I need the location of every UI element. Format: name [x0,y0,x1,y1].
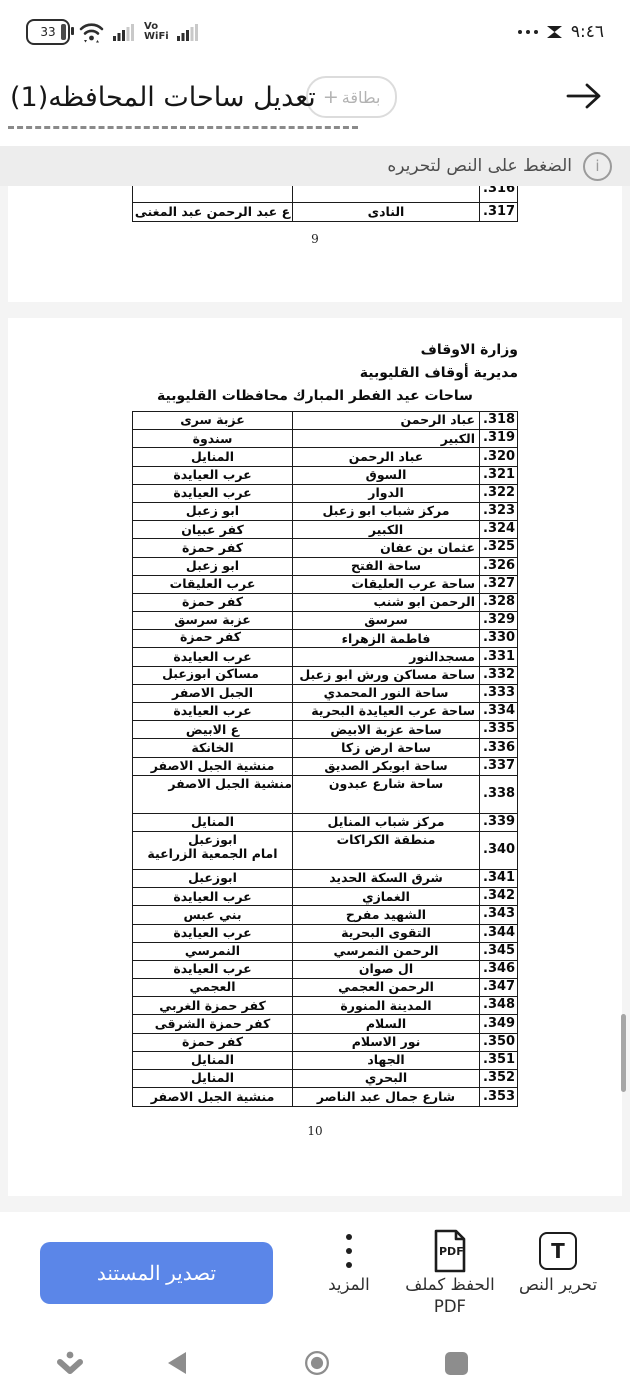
square-name-cell[interactable]: الكبير [292,521,479,538]
row-number-cell[interactable]: .347 [479,979,517,996]
row-number-cell[interactable]: .352 [479,1070,517,1087]
svg-text:PDF: PDF [439,1245,464,1258]
location-cell[interactable]: كفر حمزة [133,630,292,647]
table-row[interactable]: .323مركز شباب ابو زعبلابو زعبل [133,503,517,521]
page-number[interactable]: 10 [8,1124,622,1138]
title-dashed-underline [8,126,358,129]
square-name-cell[interactable]: ساحة النور المحمدي [292,685,479,702]
table-row[interactable]: .351الجهادالمنايل [133,1052,517,1070]
ellipsis-icon [518,30,538,34]
more-button[interactable]: المزيد [309,1228,389,1296]
table-row[interactable]: .339مركز شباب المنايلالمنايل [133,814,517,832]
table-row[interactable]: .335ساحة عزبة الابيضع الابيض [133,721,517,739]
row-number-cell[interactable]: .335 [479,721,517,738]
table-row[interactable]: .320عباد الرحمنالمنايل [133,448,517,466]
info-icon: i [583,152,612,181]
row-number-cell[interactable]: .322 [479,485,517,502]
location-cell[interactable]: الجبل الاصفر [133,685,292,702]
square-name-cell[interactable]: عباد الرحمن [292,412,479,429]
location-cell[interactable]: عزبة سرى [133,412,292,429]
location-cell[interactable]: عرب العيايدة [133,961,292,978]
hide-nav-icon[interactable] [57,1348,83,1378]
table-row[interactable]: .330فاطمة الزهراءكفر حمزة [133,630,517,648]
location-cell[interactable]: عرب العيايدة [133,467,292,484]
square-name-cell[interactable]: الرحمن النمرسي [292,943,479,960]
table-row[interactable]: .347الرحمن العجميالعجمي [133,979,517,997]
battery-icon: 33 [26,19,70,45]
row-number-cell[interactable]: .330 [479,630,517,647]
square-name-cell[interactable]: نور الاسلام [292,1034,479,1051]
squares-table-page9[interactable]: .316.317النادىع عبد الرحمن عبد المغنى [132,186,518,222]
row-number-cell[interactable]: .326 [479,558,517,575]
android-nav-bar [0,1332,630,1400]
square-name-cell[interactable]: الكبير [292,430,479,447]
more-label: المزيد [328,1274,370,1296]
row-number-cell[interactable]: .345 [479,943,517,960]
directorate-heading[interactable]: مديرية أوقاف القليوبية [360,365,518,381]
clock-time: ٩:٤٦ [571,22,604,42]
row-number-cell[interactable]: .328 [479,594,517,611]
table-row[interactable]: .325عثمان بن عفانكفر حمزة [133,539,517,557]
add-card-chip[interactable]: + بطاقة [306,76,398,118]
row-number-cell[interactable]: .340 [479,832,517,869]
table-row[interactable]: .337ساحة ابوبكر الصديقمنشية الجبل الاصفر [133,758,517,776]
table-row[interactable]: .329سرسقعزبة سرسق [133,612,517,630]
square-name-cell[interactable]: مسجدالنور [292,648,479,665]
info-text: الضغط على النص لتحريره [387,156,572,176]
table-row[interactable]: .324الكبيركفر عبيان [133,521,517,539]
location-cell[interactable]: عرب العيايدة [133,888,292,905]
square-name-cell[interactable]: عثمان بن عفان [292,539,479,556]
location-cell[interactable]: عرب العيايدة [133,925,292,942]
bottom-toolbar: تصدير المستند المزيد PDF الحفظ كملف PDF … [0,1212,630,1332]
table-row[interactable]: .333ساحة النور المحمديالجبل الاصفر [133,685,517,703]
row-number-cell[interactable]: .346 [479,961,517,978]
document-page-9[interactable]: .316.317النادىع عبد الرحمن عبد المغنى 9 [8,186,622,302]
location-cell[interactable]: ع الابيض [133,721,292,738]
row-number-cell[interactable]: .324 [479,521,517,538]
location-cell[interactable]: كفر حمزة الغربي [133,997,292,1014]
document-title[interactable]: تعديل ساحات المحافظه(1) [10,82,316,113]
home-circle-icon[interactable] [304,1348,330,1378]
row-number-cell[interactable]: .341 [479,870,517,887]
table-row[interactable]: .332ساحة مساكن ورش ابو زعبلمساكن ابوزعبل [133,667,517,685]
square-name-cell[interactable]: مركز شباب ابو زعبل [292,503,479,520]
wifi-icon [78,21,105,43]
location-cell[interactable]: كفر عبيان [133,521,292,538]
location-cell[interactable]: بني عبس [133,906,292,923]
location-cell[interactable]: عرب العيايدة [133,703,292,720]
location-cell[interactable]: المنايل [133,814,292,831]
row-number-cell[interactable]: .325 [479,539,517,556]
location-cell[interactable]: كفر حمزة [133,594,292,611]
status-right-cluster: ٩:٤٦ [514,22,604,42]
square-name-cell[interactable]: الجهاد [292,1052,479,1069]
row-number-cell[interactable]: .343 [479,906,517,923]
location-cell[interactable]: كفر حمزة الشرقى [133,1015,292,1032]
row-number-cell[interactable]: .317 [479,203,517,221]
chip-label: بطاقة [342,88,381,107]
square-name-cell[interactable]: منطقة الكراكات [292,832,479,869]
square-name-cell[interactable]: ساحة ارض زكا [292,739,479,756]
square-name-cell[interactable]: التقوى البحرية [292,925,479,942]
recents-square-icon[interactable] [443,1348,469,1378]
battery-percent: 33 [40,25,55,39]
back-arrow-icon[interactable] [564,80,604,112]
location-cell[interactable]: عزبة سرسق [133,612,292,629]
square-name-cell[interactable]: عباد الرحمن [292,448,479,465]
row-number-cell[interactable]: .333 [479,685,517,702]
export-document-button[interactable]: تصدير المستند [40,1242,273,1304]
row-number-cell[interactable]: .319 [479,430,517,447]
square-name-cell[interactable]: السوق [292,467,479,484]
location-cell[interactable]: الخانكة [133,739,292,756]
info-bar: i الضغط على النص لتحريره [0,146,630,186]
square-name-cell[interactable]: الشهيد مفرح [292,906,479,923]
table-row[interactable]: .345الرحمن النمرسيالنمرسي [133,943,517,961]
location-cell[interactable]: عرب العليقات [133,576,292,593]
squares-table-page10[interactable]: .318عباد الرحمنعزبة سرى.319الكبيرسندوة.3… [132,411,518,1107]
table-row[interactable]: .353شارع جمال عبد الناصرمنشية الجبل الاص… [133,1088,517,1106]
row-number-cell[interactable]: .351 [479,1052,517,1069]
table-row[interactable]: .346ال صوانعرب العيايدة [133,961,517,979]
table-row[interactable]: .342الغمازيعرب العيايدة [133,888,517,906]
row-number-cell[interactable]: .332 [479,667,517,684]
square-name-cell[interactable]: شارع جمال عبد الناصر [292,1088,479,1106]
document-viewer[interactable]: .316.317النادىع عبد الرحمن عبد المغنى 9 … [0,186,630,1212]
table-row[interactable]: .344التقوى البحريةعرب العيايدة [133,925,517,943]
row-number-cell[interactable]: .349 [479,1015,517,1032]
pdf-file-icon: PDF [431,1229,469,1273]
square-name-cell[interactable]: الغمازي [292,888,479,905]
table-row[interactable]: .321السوقعرب العيايدة [133,467,517,485]
square-name-cell[interactable]: ساحة الفتح [292,558,479,575]
table-row[interactable]: .338ساحة شارع عبدونمنشية الجبل الاصفر [133,776,517,814]
row-number-cell[interactable]: .327 [479,576,517,593]
location-cell[interactable]: ع عبد الرحمن عبد المغنى [133,203,292,221]
location-cell[interactable]: ابوزعبلامام الجمعية الزراعية [133,832,292,869]
square-name-cell[interactable]: السلام [292,1015,479,1032]
location-cell[interactable]: مساكن ابوزعبل [133,667,292,684]
square-name-cell[interactable] [292,186,479,202]
location-cell[interactable]: العجمي [133,979,292,996]
square-name-cell[interactable]: ساحة ابوبكر الصديق [292,758,479,775]
location-cell[interactable]: ابو زعبل [133,503,292,520]
row-number-cell[interactable]: .318 [479,412,517,429]
table-row[interactable]: .340منطقة الكراكاتابوزعبلامام الجمعية ال… [133,832,517,870]
table-row[interactable]: .319الكبيرسندوة [133,430,517,448]
ministry-heading[interactable]: وزارة الاوقاف [421,342,518,358]
square-name-cell[interactable]: ساحة عزبة الابيض [292,721,479,738]
location-cell[interactable]: كفر حمزة [133,539,292,556]
table-row[interactable]: .318عباد الرحمنعزبة سرى [133,412,517,430]
table-title-heading[interactable]: ساحات عيد الفطر المبارك محافظات القليوبي… [8,388,622,404]
square-name-cell[interactable]: ساحة شارع عبدون [292,776,479,813]
row-number-cell[interactable]: .342 [479,888,517,905]
table-row[interactable]: .348المدينة المنورةكفر حمزة الغربي [133,997,517,1015]
location-cell[interactable]: النمرسي [133,943,292,960]
row-number-cell[interactable]: .353 [479,1088,517,1106]
back-triangle-icon[interactable] [164,1348,190,1378]
square-name-cell[interactable]: فاطمة الزهراء [292,630,479,647]
plus-icon: + [323,88,339,107]
table-row[interactable]: .327ساحة عرب العليقاتعرب العليقات [133,576,517,594]
signal-bars-icon [113,24,136,41]
square-name-cell[interactable]: النادى [292,203,479,221]
square-name-cell[interactable]: الرحمن ابو شنب [292,594,479,611]
square-name-cell[interactable]: البحري [292,1070,479,1087]
table-row[interactable]: .322الدوارعرب العيايدة [133,485,517,503]
save-pdf-label-line2: PDF [405,1296,494,1318]
location-cell[interactable]: ابوزعبل [133,870,292,887]
row-number-cell[interactable]: .339 [479,814,517,831]
vowifi-line2: WiFi [144,32,169,42]
vertical-dots-icon [346,1234,352,1268]
status-left-cluster: 33 Vo WiFi [26,19,200,45]
square-name-cell[interactable]: ساحة عرب العليقات [292,576,479,593]
table-row[interactable]: .334ساحة عرب العيايدة البحريةعرب العيايد… [133,703,517,721]
page-number[interactable]: 9 [8,232,622,246]
vowifi-badge: Vo WiFi [144,22,169,42]
table-row[interactable]: .326ساحة الفتحابو زعبل [133,558,517,576]
row-number-cell[interactable]: .337 [479,758,517,775]
table-row[interactable]: .350نور الاسلامكفر حمزة [133,1034,517,1052]
status-bar: 33 Vo WiFi [0,12,630,52]
table-row[interactable]: .343الشهيد مفرحبني عبس [133,906,517,924]
square-name-cell[interactable]: ساحة مساكن ورش ابو زعبل [292,667,479,684]
row-number-cell[interactable]: .338 [479,776,517,813]
bowtie-icon [546,25,563,39]
row-number-cell[interactable]: .331 [479,648,517,665]
row-number-cell[interactable]: .321 [479,467,517,484]
location-cell[interactable] [133,186,292,202]
row-number-cell[interactable]: .350 [479,1034,517,1051]
row-number-cell[interactable]: .329 [479,612,517,629]
row-number-cell[interactable]: .334 [479,703,517,720]
square-name-cell[interactable]: المدينة المنورة [292,997,479,1014]
row-number-cell[interactable]: .323 [479,503,517,520]
save-as-pdf-button[interactable]: PDF الحفظ كملف PDF [394,1228,506,1319]
row-number-cell[interactable]: .348 [479,997,517,1014]
app-screen: 33 Vo WiFi [0,0,630,1400]
location-cell[interactable]: عرب العيايدة [133,485,292,502]
table-row[interactable]: .331مسجدالنورعرب العيايدة [133,648,517,666]
location-cell[interactable]: عرب العيايدة [133,648,292,665]
table-row[interactable]: .341شرق السكة الحديدابوزعبل [133,870,517,888]
save-pdf-label-line1: الحفظ كملف [405,1274,494,1296]
square-name-cell[interactable]: ساحة عرب العيايدة البحرية [292,703,479,720]
edit-text-button[interactable]: T تحرير النص [506,1228,610,1296]
location-cell[interactable]: كفر حمزة [133,1034,292,1051]
location-cell[interactable]: منشية الجبل الاصفر [133,1088,292,1106]
square-name-cell[interactable]: شرق السكة الحديد [292,870,479,887]
location-cell[interactable]: منشية الجبل الاصفر [133,758,292,775]
row-number-cell[interactable]: .320 [479,448,517,465]
row-number-cell[interactable]: .316 [479,186,517,202]
location-cell[interactable]: المنايل [133,448,292,465]
table-row[interactable]: .349السلامكفر حمزة الشرقى [133,1015,517,1033]
row-number-cell[interactable]: .336 [479,739,517,756]
location-cell[interactable]: منشية الجبل الاصفر [133,776,292,813]
square-name-cell[interactable]: الرحمن العجمي [292,979,479,996]
location-cell[interactable]: المنايل [133,1070,292,1087]
square-name-cell[interactable]: سرسق [292,612,479,629]
location-cell[interactable]: المنايل [133,1052,292,1069]
signal-bars-icon [177,24,200,41]
title-bar: تعديل ساحات المحافظه(1) + بطاقة [0,62,630,146]
table-row[interactable]: .352البحريالمنايل [133,1070,517,1088]
document-page-10[interactable]: وزارة الاوقاف مديرية أوقاف القليوبية ساح… [8,318,622,1196]
square-name-cell[interactable]: الدوار [292,485,479,502]
text-edit-icon: T [539,1232,577,1270]
table-row[interactable]: .317النادىع عبد الرحمن عبد المغنى [133,203,517,221]
table-row[interactable]: .328الرحمن ابو شنبكفر حمزة [133,594,517,612]
table-row[interactable]: .316 [133,186,517,203]
table-row[interactable]: .336ساحة ارض زكاالخانكة [133,739,517,757]
square-name-cell[interactable]: مركز شباب المنايل [292,814,479,831]
location-cell[interactable]: ابو زعبل [133,558,292,575]
location-cell[interactable]: سندوة [133,430,292,447]
scrollbar-thumb[interactable] [621,1014,626,1092]
edit-text-label: تحرير النص [519,1274,597,1296]
row-number-cell[interactable]: .344 [479,925,517,942]
square-name-cell[interactable]: ال صوان [292,961,479,978]
